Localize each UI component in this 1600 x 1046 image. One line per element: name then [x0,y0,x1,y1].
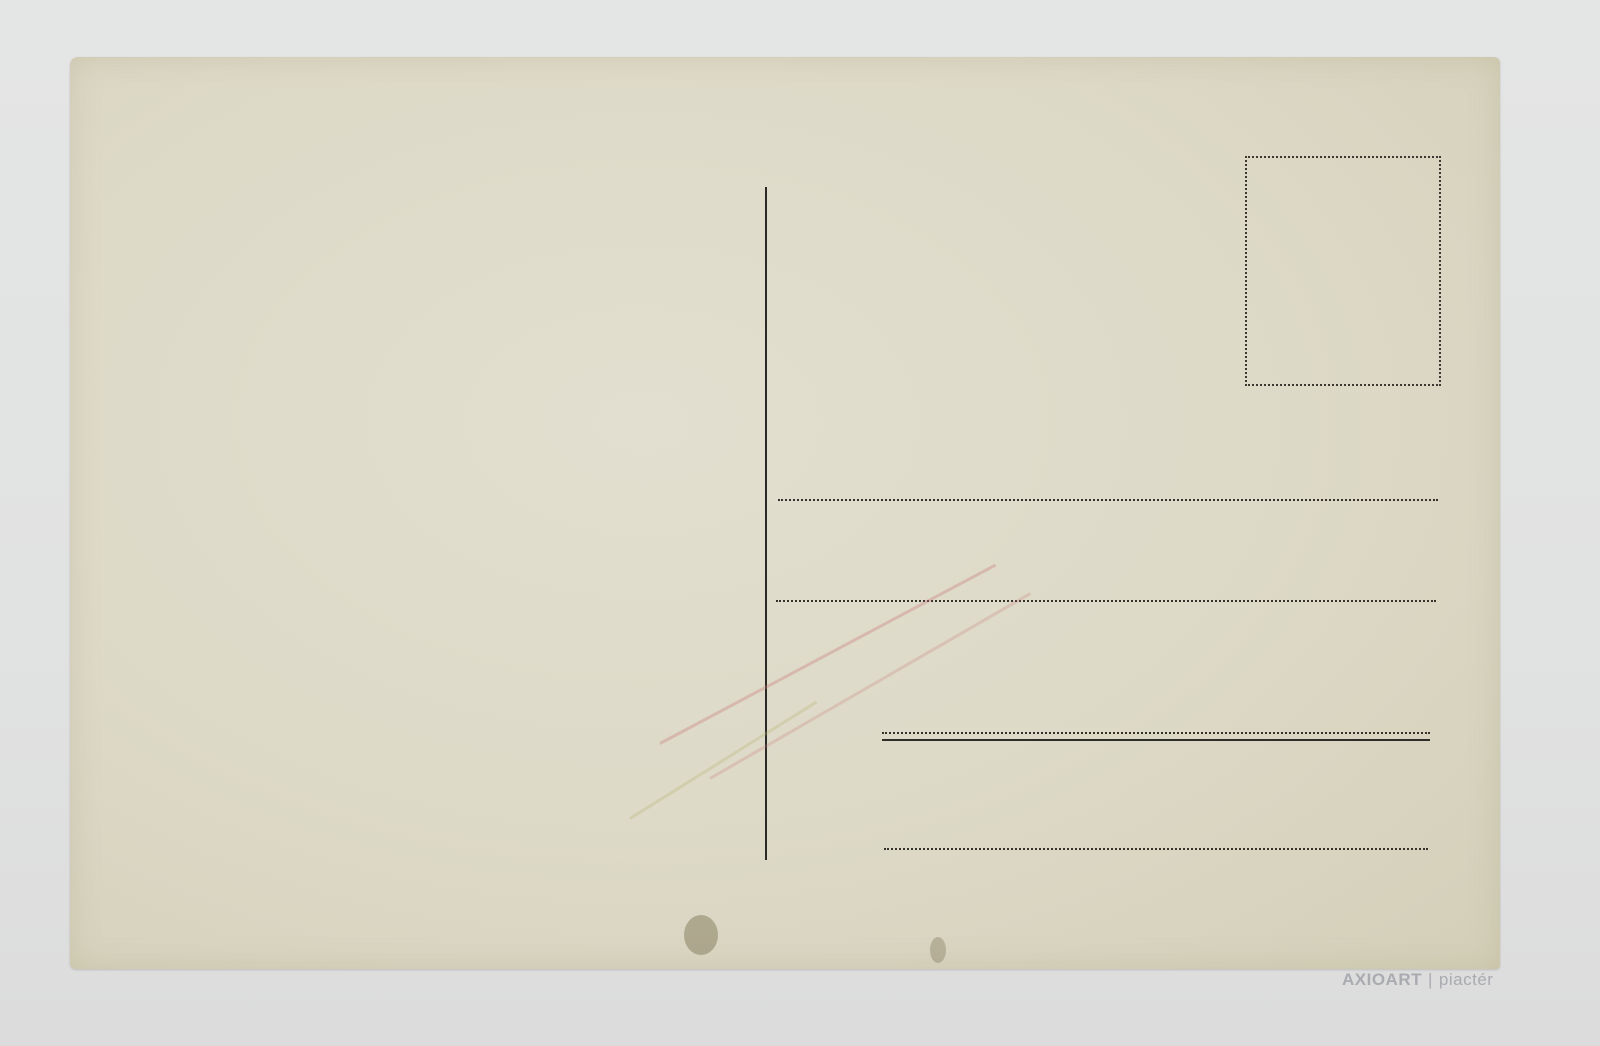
pencil-mark [659,564,996,745]
address-underline-3 [882,739,1430,741]
stain-mark [684,915,718,955]
pencil-mark [709,592,1031,780]
postcard-back [70,57,1500,969]
watermark-suffix: piactér [1439,970,1494,989]
watermark: AXIOART|piactér [1342,970,1493,990]
center-divider-line [765,187,767,860]
stain-mark [930,937,946,963]
pencil-mark [629,701,817,820]
address-line-3 [882,732,1430,734]
watermark-separator: | [1428,970,1433,989]
address-line-1 [778,499,1438,501]
address-line-2 [776,600,1436,602]
address-line-4 [884,848,1428,850]
watermark-brand: AXIOART [1342,970,1422,989]
stamp-box [1245,156,1441,386]
